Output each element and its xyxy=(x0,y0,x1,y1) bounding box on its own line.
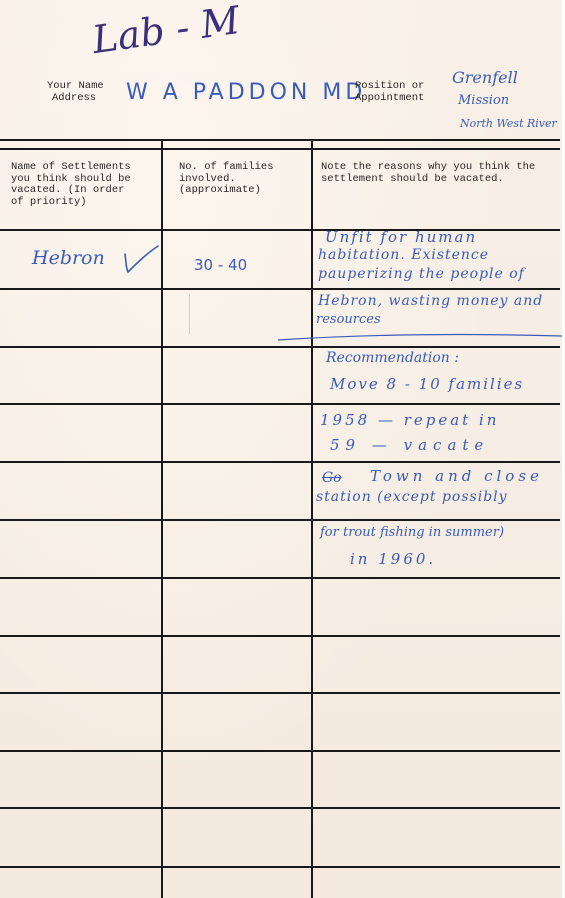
row-line-7 xyxy=(0,635,560,637)
recommendation-line-3: 1958 — repeat in xyxy=(320,411,499,429)
column-divider-2 xyxy=(311,139,313,898)
hand-underline xyxy=(276,330,565,344)
header-line: (approximate) xyxy=(179,185,274,197)
position-label: Position or xyxy=(355,81,424,93)
header-line: settlement should be vacated. xyxy=(321,174,535,186)
row-line-5 xyxy=(0,519,560,521)
recommendation-line-4: 59 — vacate xyxy=(330,436,489,454)
position-value-line-3: North West River xyxy=(460,117,557,130)
pencil-mark xyxy=(189,294,190,334)
row-line-11 xyxy=(0,866,560,868)
row-line-1 xyxy=(0,288,560,290)
recommendation-line-2: Move 8 - 10 families xyxy=(330,375,524,393)
recommendation-line-7: for trout fishing in summer) xyxy=(320,525,504,540)
address-label: Address xyxy=(52,93,96,105)
struck-word: Go xyxy=(322,470,342,486)
name-value: W A PADDON MD xyxy=(126,80,366,105)
row-line-8 xyxy=(0,692,560,694)
recommendation-line-1: Recommendation : xyxy=(326,350,459,366)
reason-line-5: resources xyxy=(316,312,381,327)
header-line: of priority) xyxy=(11,197,131,209)
reason-line-4: Hebron, wasting money and xyxy=(318,293,543,309)
reason-line-1: Unfit for human xyxy=(325,228,477,246)
column-header-families: No. of families involved. (approximate) xyxy=(179,162,274,197)
recommendation-line-8: in 1960. xyxy=(350,550,436,568)
row-line-6 xyxy=(0,577,560,579)
checkmark-icon xyxy=(122,244,162,276)
row-line-9 xyxy=(0,750,560,752)
table-header-top xyxy=(0,148,560,150)
header-line: Note the reasons why you think the xyxy=(321,162,535,174)
settlement-name: Hebron xyxy=(32,247,105,269)
reason-line-2: habitation. Existence xyxy=(318,247,489,263)
reason-line-3: pauperizing the people of xyxy=(318,266,525,282)
position-value-line-2: Mission xyxy=(458,93,509,108)
row-line-4 xyxy=(0,461,560,463)
position-value-line-1: Grenfell xyxy=(452,68,518,87)
row-line-2 xyxy=(0,346,560,348)
recommendation-line-5: Town and close xyxy=(370,467,543,485)
row-line-3 xyxy=(0,403,560,405)
column-header-reasons: Note the reasons why you think the settl… xyxy=(321,162,535,185)
appointment-label: Appointment xyxy=(355,93,424,105)
families-count: 30 - 40 xyxy=(194,256,247,274)
header-line: vacated. (In order xyxy=(11,185,131,197)
row-line-10 xyxy=(0,807,560,809)
header-line: Name of Settlements xyxy=(11,162,131,174)
header-line: No. of families xyxy=(179,162,274,174)
table-top-rule xyxy=(0,139,560,141)
name-label: Your Name xyxy=(47,81,104,93)
column-header-settlements: Name of Settlements you think should be … xyxy=(11,162,131,208)
recommendation-line-6: station (except possibly xyxy=(316,489,508,505)
